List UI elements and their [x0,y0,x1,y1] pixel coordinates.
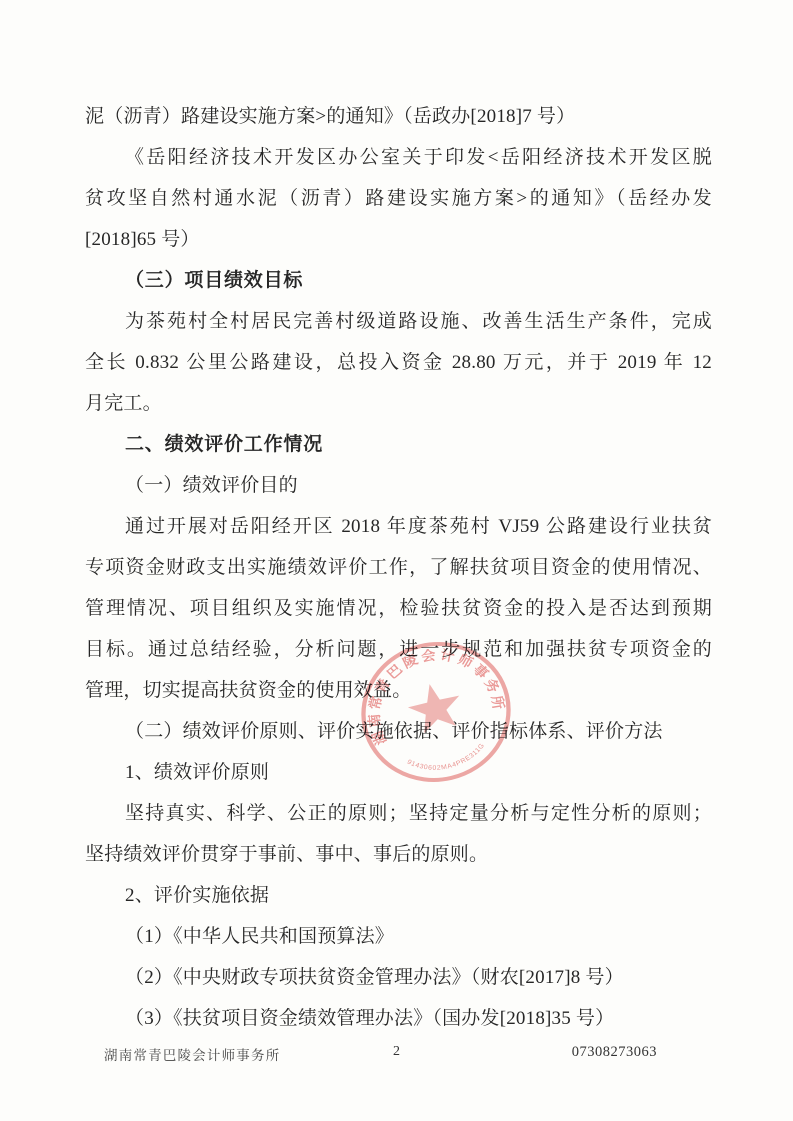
doc-line: 《岳阳经济技术开发区办公室关于印发<岳阳经济技术开发区脱 [85,137,712,178]
section-heading: 二、绩效评价工作情况 [85,424,712,465]
sub-heading: （一）绩效评价目的 [85,465,712,506]
doc-line: 坚持真实、科学、公正的原则；坚持定量分析与定性分析的原则； [85,793,712,834]
doc-line: 专项资金财政支出实施绩效评价工作，了解扶贫项目资金的使用情况、 [85,547,712,588]
document-body: 泥（沥青）路建设实施方案>的通知》（岳政办[2018]7 号） 《岳阳经济技术开… [85,96,712,1039]
section-heading: （三）项目绩效目标 [85,260,712,301]
doc-line: 泥（沥青）路建设实施方案>的通知》（岳政办[2018]7 号） [85,96,712,137]
footer-phone: 07308273063 [572,1044,657,1061]
doc-line: 月完工。 [85,383,712,424]
footer-page-number: 2 [393,1044,400,1060]
list-item: （2）《中央财政专项扶贫资金管理办法》（财农[2017]8 号） [85,957,712,998]
list-item: （1）《中华人民共和国预算法》 [85,916,712,957]
doc-line: 管理情况、项目组织及实施情况，检验扶贫资金的投入是否达到预期 [85,588,712,629]
list-item: （3）《扶贫项目资金绩效管理办法》（国办发[2018]35 号） [85,998,712,1039]
seal-credit-code: 91430602MA4PRE311G [405,741,490,779]
page-footer: 湖南常青巴陵会计师事务所 2 07308273063 [0,1044,793,1070]
doc-line: 为茶苑村全村居民完善村级道路设施、改善生活生产条件，完成 [85,301,712,342]
doc-line: 全长 0.832 公里公路建设，总投入资金 28.80 万元，并于 2019 年… [85,342,712,383]
footer-firm-name: 湖南常青巴陵会计师事务所 [104,1044,280,1064]
doc-line: 坚持绩效评价贯穿于事前、事中、事后的原则。 [85,834,712,875]
star-icon [404,678,466,735]
sub-heading: 2、评价实施依据 [85,875,712,916]
doc-line: 通过开展对岳阳经开区 2018 年度茶苑村 VJ59 公路建设行业扶贫 [85,506,712,547]
doc-line: 贫攻坚自然村通水泥（沥青）路建设实施方案>的通知》（岳经办发 [85,178,712,219]
scanned-document-page: 泥（沥青）路建设实施方案>的通知》（岳政办[2018]7 号） 《岳阳经济技术开… [0,0,793,1121]
doc-line: [2018]65 号） [85,219,712,260]
